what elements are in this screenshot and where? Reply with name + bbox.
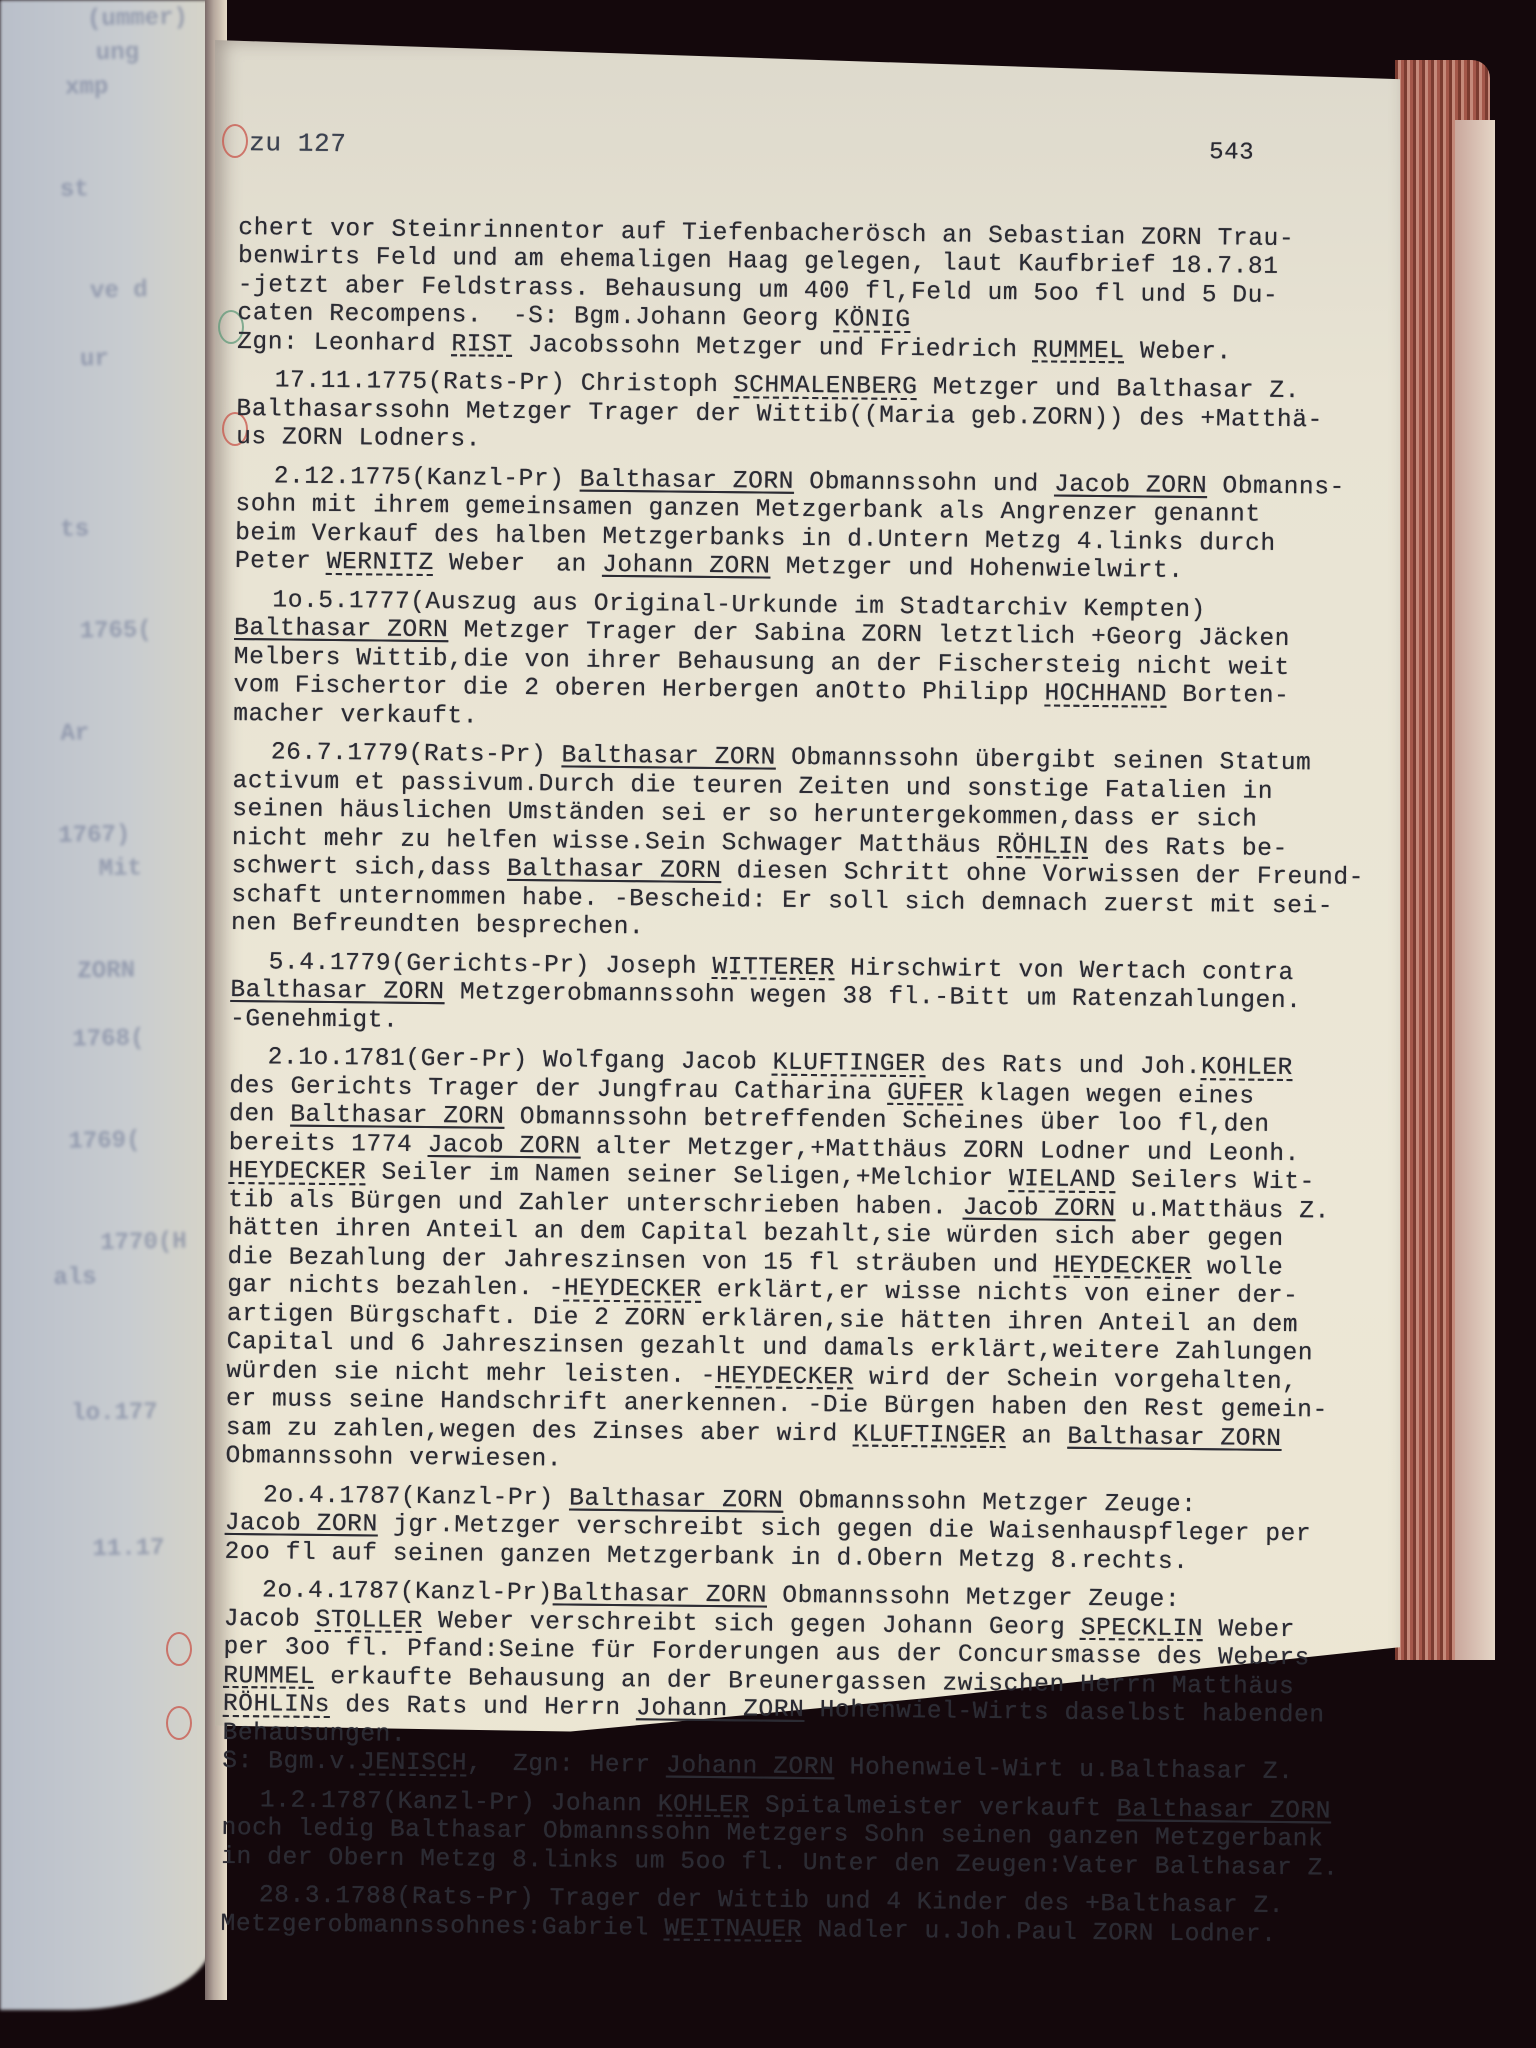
ghost-text-line: 1770(H <box>0 1228 212 1260</box>
text-run: 2o.4.1787(Kanzl-Pr) <box>263 1482 569 1512</box>
text-run: Obmannssohn verwiesen. <box>225 1443 562 1474</box>
surname: GUFER <box>887 1079 964 1107</box>
text-run: )) des +Matthä- <box>1093 404 1323 433</box>
text-run: artigen Bürgschaft. Die 2 <box>227 1300 625 1331</box>
surname: RUMMEL <box>1033 337 1125 365</box>
text-run: Jacobssohn Metzger und Friedrich <box>512 331 1033 363</box>
ghost-text-line <box>0 310 212 342</box>
underlined-name: Balthasar ZORN <box>290 1102 505 1131</box>
text-run: Obmannssohn und <box>794 468 1054 498</box>
ghost-text-line <box>0 1432 212 1464</box>
text-run: gar nichts bezahlen. - <box>227 1272 564 1303</box>
ghost-text-line: als <box>0 1262 212 1294</box>
ghost-text-line <box>0 1330 212 1362</box>
document-entry: 2.12.1775(Kanzl-Pr) Balthasar ZORN Obman… <box>235 462 1416 588</box>
text-run: 2.12.1775(Kanzl-Pr) <box>274 463 580 493</box>
document-entry: 1o.5.1777(Auszug aus Original-Urkunde im… <box>233 586 1414 741</box>
document-entry: 1.2.1787(Kanzl-Pr) Johann KOHLER Spitalm… <box>221 1786 1402 1884</box>
ghost-text-line <box>0 922 212 954</box>
ghost-text-line <box>0 548 212 580</box>
ghost-text-line <box>0 140 212 172</box>
text-run: letztlich +Georg Jäcken <box>923 622 1291 653</box>
text-run: wolle <box>1191 1254 1283 1282</box>
text-run: Metzger und Balthasar Z. <box>917 374 1300 405</box>
underlined-name: Balthasar ZORN <box>580 466 795 495</box>
typewritten-text: zu 127 543 chert vor Steinrinnentor auf … <box>220 72 1420 2008</box>
surname: RIST <box>451 331 512 359</box>
text-run: wird der Schein vorgehalten, <box>854 1364 1298 1396</box>
page-number: 543 <box>1209 139 1254 168</box>
ghost-text-line: 1769( <box>0 1126 212 1158</box>
text-run: ZORN <box>861 622 922 650</box>
underlined-name: Johann ZORN <box>636 1695 805 1724</box>
text-run: Zgn: Leonhard <box>237 328 452 357</box>
text-run: erklärt,er wisse nichts von einer der- <box>702 1277 1299 1310</box>
text-run: -Genehmigt. <box>230 1005 399 1034</box>
text-run: Hohenwiel-Wirt u.Balthasar Z. <box>834 1754 1293 1786</box>
text-run: Weber an <box>434 550 603 579</box>
surname: KLUFTINGER <box>772 1050 925 1079</box>
surname: KÖNIG <box>834 306 911 334</box>
text-run: ZORN <box>282 424 343 452</box>
underlined-name: Balthasar ZORN <box>1067 1423 1282 1452</box>
ghost-text-line <box>0 786 212 818</box>
text-run: den <box>229 1101 290 1129</box>
text-run: 2.1o.1781(Ger-Pr) Wolfgang Jacob <box>268 1044 773 1076</box>
text-run: S: Bgm.v. <box>222 1748 360 1776</box>
text-run: bereits 1774 <box>229 1129 428 1158</box>
underlined-name: Balthasar ZORN <box>234 615 449 644</box>
surname: KOHLER <box>658 1791 750 1819</box>
ghost-text-line <box>0 1568 212 1600</box>
ghost-text-line: ur <box>0 344 212 376</box>
text-run: ZORN <box>1032 404 1093 432</box>
text-run: Hirschwirt von Wertach contra <box>835 955 1294 987</box>
entries-list: chert vor Steinrinnentor auf Tiefenbache… <box>220 214 1418 1951</box>
surname: HEYDECKER <box>716 1363 854 1391</box>
ghost-text-line <box>0 1058 212 1090</box>
text-run: Weber <box>1203 1616 1295 1644</box>
underlined-name: Balthasar ZORN <box>230 977 445 1006</box>
surname: RUMMEL <box>223 1662 315 1690</box>
ghost-text-line <box>0 1466 212 1498</box>
underlined-name: Johann ZORN <box>666 1753 835 1782</box>
ghost-text-line <box>0 412 212 444</box>
ghost-text-line <box>0 1364 212 1396</box>
surname: HOCHHAND <box>1044 680 1167 708</box>
ghost-text-line: lo.177 <box>0 1398 212 1430</box>
ghost-text-line: 1768( <box>0 1024 212 1056</box>
text-run: u.Matthäus Z. <box>1116 1196 1331 1225</box>
text-run: Obmanns- <box>1207 473 1345 501</box>
ghost-text-line <box>0 1160 212 1192</box>
ghost-text-line <box>0 1194 212 1226</box>
reference-note: zu 127 <box>249 129 347 159</box>
text-run: Hohenwiel-Wirts daselbst habenden <box>804 1697 1325 1729</box>
text-run: Lodner und Leonh. <box>1024 1138 1300 1168</box>
underlined-name: Balthasar ZORN <box>561 742 776 771</box>
underlined-name: Balthasar ZORN <box>1117 1796 1332 1825</box>
text-run: Metzger Trager der Sabina <box>448 617 861 648</box>
document-entry: 2o.4.1787(Kanzl-Pr) Balthasar ZORN Obman… <box>224 1481 1405 1579</box>
surname: HEYDECKER <box>564 1275 702 1303</box>
surname: WEITNAUER <box>664 1915 802 1943</box>
ghost-text-line: (ummer) <box>0 4 212 36</box>
ghost-text-line: ve d <box>0 276 212 308</box>
ghost-text-line <box>0 1602 212 1634</box>
text-run: Lodners. <box>343 425 481 453</box>
ghost-text-line: 1765( <box>0 616 212 648</box>
surname: KLUFTINGER <box>853 1421 1006 1450</box>
ghost-text-line <box>0 242 212 274</box>
text-run: ZORN <box>963 1137 1024 1165</box>
book-photo: (ummer)ungxmp st ve d ur ts 1765( Ar 176… <box>0 0 1536 2048</box>
underlined-name: Jacob ZORN <box>963 1194 1116 1223</box>
surname: RÖHLINs <box>223 1691 330 1719</box>
ghost-text-line <box>0 752 212 784</box>
ghost-text-line: 1767) <box>0 820 212 852</box>
text-run: würden sie nicht mehr leisten. - <box>226 1357 716 1389</box>
text-run: Obmannssohn übergibt seinen Statum <box>776 745 1312 778</box>
ghost-text-line <box>0 582 212 614</box>
ghost-text-line <box>0 378 212 410</box>
text-run: Behausungen. <box>222 1719 406 1748</box>
text-run: Trau- <box>1202 225 1294 253</box>
underlined-name: Jacob ZORN <box>225 1510 378 1539</box>
surname: SCHMALENBERG <box>734 372 918 401</box>
ghost-text-line: 11.17 <box>0 1534 212 1566</box>
surname: HEYDECKER <box>1054 1252 1192 1280</box>
underlined-name: Jacob ZORN <box>428 1132 581 1161</box>
ghost-text-line: Mit <box>0 854 212 886</box>
text-run: 2o.4.1787(Kanzl-Pr) <box>262 1577 553 1607</box>
ghost-text-line <box>0 106 212 138</box>
ghost-text-line <box>0 1670 212 1702</box>
document-entry: 28.3.1788(Rats-Pr) Trager der Wittib und… <box>220 1882 1401 1951</box>
ghost-text-line <box>0 650 212 682</box>
page-header: zu 127 543 <box>239 129 1239 168</box>
document-entry: 2.1o.1781(Ger-Pr) Wolfgang Jacob KLUFTIN… <box>225 1044 1409 1484</box>
document-entry: 5.4.1779(Gerichts-Pr) Joseph WITTERER Hi… <box>230 948 1411 1046</box>
document-entry: 17.11.1775(Rats-Pr) Christoph SCHMALENBE… <box>236 367 1417 465</box>
ghost-text-line: ts <box>0 514 212 546</box>
text-run: an <box>1006 1423 1067 1451</box>
ghost-text-line <box>0 1092 212 1124</box>
text-run: Obmannssohn Metzger Zeuge: <box>767 1583 1180 1614</box>
text-run: Nadler u.Joh.Paul <box>802 1916 1093 1946</box>
text-run: 26.7.1779(Rats-Pr) <box>271 739 562 769</box>
ghost-text-line: st <box>0 174 212 206</box>
text-run: alter Metzger,+Matthäus <box>581 1133 964 1164</box>
text-run: Metzger und Hohenwielwirt. <box>770 554 1183 585</box>
text-run: des Rats und Herrn <box>330 1692 636 1722</box>
text-run: macher verkauft. <box>233 700 478 730</box>
ghost-text-line <box>0 208 212 240</box>
ghost-text-line: Ar <box>0 718 212 750</box>
ghost-text-line <box>0 684 212 716</box>
text-run: 1.2.1787(Kanzl-Pr) Johann <box>260 1787 658 1818</box>
ghost-text-line: xmp <box>0 72 212 104</box>
text-run: Weber. <box>1125 338 1232 366</box>
document-entry: chert vor Steinrinnentor auf Tiefenbache… <box>237 214 1418 369</box>
text-run: Metzgerobmannssohnes:Gabriel <box>220 1910 664 1942</box>
text-run: Obmannssohn Metzger Zeuge: <box>783 1487 1196 1518</box>
surname: KOHLER <box>1201 1054 1293 1082</box>
underlined-name: Balthasar ZORN <box>507 856 722 885</box>
underlined-name: Balthasar ZORN <box>569 1485 784 1514</box>
surname: RÖHLIN <box>997 832 1089 860</box>
text-run: schwert sich,dass <box>232 853 508 883</box>
text-run: Spitalmeister verkauft <box>749 1792 1117 1823</box>
ghost-text-line <box>0 1500 212 1532</box>
text-run: us <box>236 424 282 451</box>
underlined-name: Johann ZORN <box>602 552 771 581</box>
margin-mark-circle <box>166 1706 192 1740</box>
ghost-text-line <box>0 480 212 512</box>
surname: WERNITZ <box>327 549 434 577</box>
text-run: ZORN <box>1093 1920 1154 1948</box>
ghost-text-line <box>0 888 212 920</box>
ghost-text-line <box>0 1296 212 1328</box>
ghost-text-line <box>0 990 212 1022</box>
surname: SPECKLIN <box>1081 1614 1204 1642</box>
text-run: Peter <box>235 548 327 576</box>
margin-mark-circle <box>166 1632 192 1666</box>
text-run: Jacob <box>224 1605 316 1633</box>
text-run: Lodner. <box>1154 1920 1277 1948</box>
text-run: erklären,sie hätten ihren Anteil an dem <box>686 1305 1298 1338</box>
document-entry: 26.7.1779(Rats-Pr) Balthasar ZORN Obmann… <box>231 739 1413 951</box>
text-run: des Rats be- <box>1089 833 1288 862</box>
text-run: nen Befreundten besprechen. <box>231 910 644 941</box>
text-run: caten Recompens. -S: Bgm.Johann Georg <box>237 300 834 333</box>
text-run: , Zgn: Herr <box>467 1750 666 1779</box>
text-run: ZORN <box>1141 224 1202 252</box>
document-entry: 2o.4.1787(Kanzl-Pr)Balthasar ZORN Obmann… <box>222 1577 1404 1789</box>
text-run: 17.11.1775(Rats-Pr) Christoph <box>275 367 734 399</box>
underlined-name: Balthasar ZORN <box>553 1580 768 1609</box>
surname: HEYDECKER <box>228 1158 366 1186</box>
ghost-text-line: ZORN <box>0 956 212 988</box>
text-run: klagen wegen eines <box>964 1080 1255 1110</box>
ghost-text-line: ung <box>0 38 212 70</box>
ghost-text-line <box>0 446 212 478</box>
text-run: ZORN <box>625 1305 686 1333</box>
text-run: 5.4.1779(Gerichts-Pr) Joseph <box>269 949 713 981</box>
underlined-name: Jacob ZORN <box>1054 471 1207 500</box>
surname: WITTERER <box>712 953 835 981</box>
text-run: Borten- <box>1167 682 1290 710</box>
surname: WIELAND <box>1009 1166 1116 1194</box>
surname: JENISCH <box>360 1749 467 1777</box>
text-run: des Rats und Joh. <box>926 1051 1202 1081</box>
text-run: Seilers Wit- <box>1116 1167 1315 1196</box>
surname: STOLLER <box>315 1606 422 1634</box>
